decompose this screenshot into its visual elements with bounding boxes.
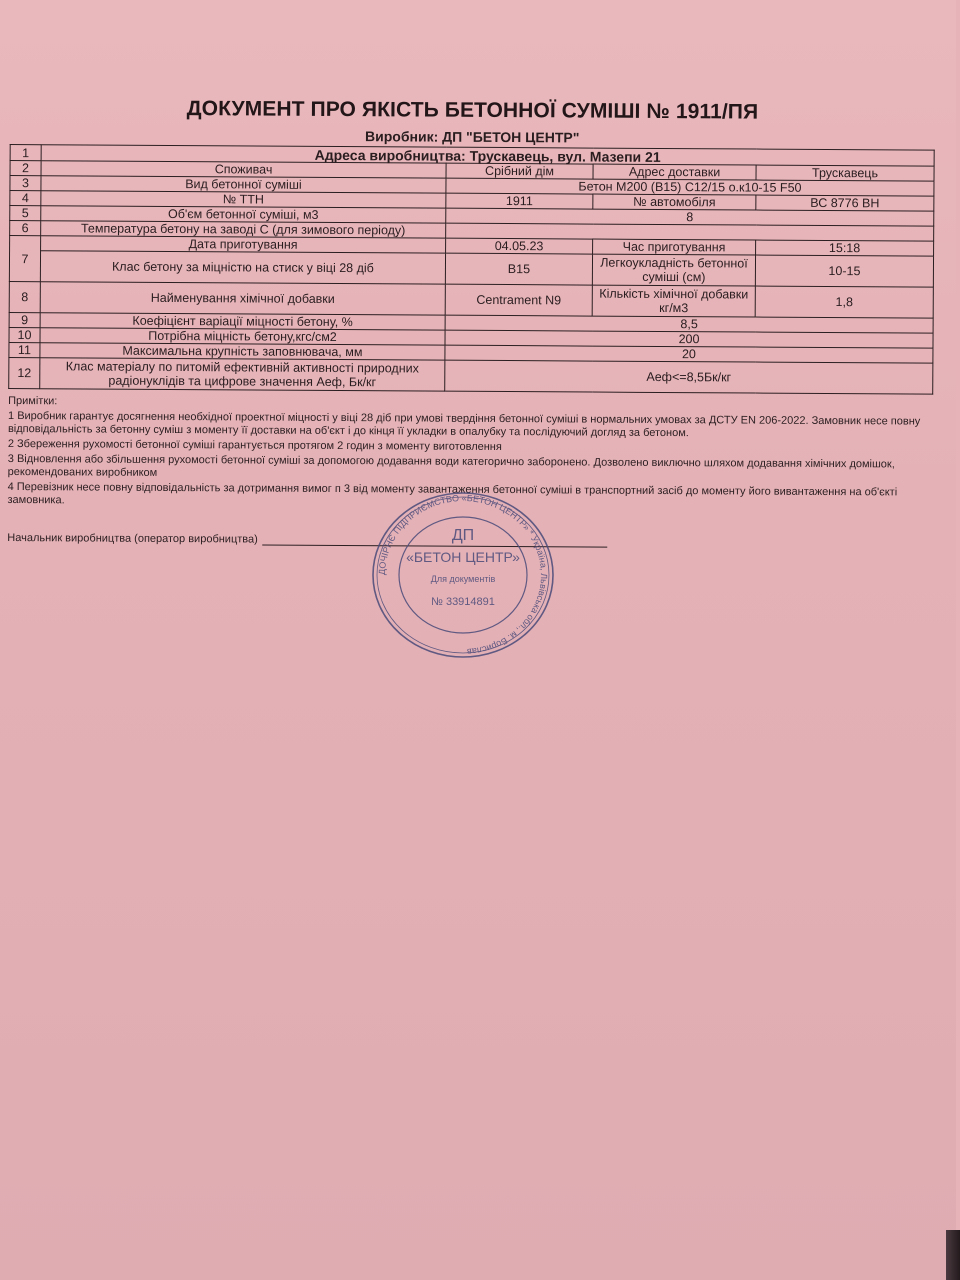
row-number: 1 — [10, 145, 41, 161]
quality-document: ДОКУМЕНТ ПРО ЯКІСТЬ БЕТОННОЇ СУМІШІ № 19… — [7, 96, 935, 550]
row-label: Найменування хімічної добавки — [40, 282, 445, 315]
row-value: Аеф<=8,5Бк/кг — [445, 360, 933, 394]
row-number: 3 — [10, 176, 41, 191]
quality-table: 1 Адреса виробництва: Трускавець, вул. М… — [8, 144, 934, 395]
row-number: 4 — [10, 191, 41, 206]
row-number: 7 — [9, 236, 40, 282]
row-label: Клас матеріалу по питомій ефективній акт… — [40, 358, 445, 391]
row-value: Срібний дім — [446, 163, 593, 179]
note-item: 4 Перевізник несе повну відповідальність… — [7, 481, 932, 513]
row-number: 5 — [10, 206, 41, 221]
row-label-secondary: № автомобіля — [593, 194, 756, 210]
table-row: 12 Клас матеріалу по питомій ефективній … — [9, 357, 933, 394]
row-label: Температура бетону на заводі С (для зимо… — [41, 221, 446, 238]
background-surface — [946, 1230, 960, 1280]
row-value-secondary: 10-15 — [755, 255, 933, 287]
row-value-secondary: 15:18 — [756, 240, 934, 256]
row-value: 1911 — [446, 193, 593, 209]
note-item: 1 Виробник гарантує досягнення необхідно… — [8, 410, 933, 442]
document-title: ДОКУМЕНТ ПРО ЯКІСТЬ БЕТОННОЇ СУМІШІ № 19… — [10, 96, 935, 126]
row-value-secondary: ВС 8776 ВН — [756, 195, 934, 211]
note-item: 3 Відновлення або збільшення рухомості б… — [8, 453, 933, 485]
row-value: 04.05.23 — [446, 238, 593, 254]
notes-section: Примітки: 1 Виробник гарантує досягнення… — [7, 395, 933, 513]
signature-label: Начальник виробництва (оператор виробниц… — [7, 532, 258, 546]
row-number: 6 — [10, 221, 41, 236]
row-number: 10 — [9, 327, 40, 342]
row-number: 2 — [10, 161, 41, 176]
row-label-secondary: Легкоукладність бетонної суміші (см) — [592, 254, 755, 286]
signature-line — [262, 533, 607, 548]
row-number: 8 — [9, 281, 40, 312]
row-label-secondary: Адрес доставки — [593, 164, 756, 180]
row-number: 12 — [9, 357, 40, 388]
row-label-secondary: Кількість хімічної добавки кг/м3 — [592, 285, 755, 317]
row-value-secondary: 1,8 — [755, 286, 933, 318]
row-value: Centrament N9 — [445, 284, 592, 316]
row-number: 9 — [9, 312, 40, 327]
row-value: B15 — [445, 253, 592, 285]
row-value-secondary: Трускавець — [756, 165, 934, 181]
row-label: Клас бетону за міцністю на стиск у віці … — [40, 251, 445, 284]
row-number: 11 — [9, 342, 40, 357]
row-label-secondary: Час приготування — [593, 239, 756, 255]
